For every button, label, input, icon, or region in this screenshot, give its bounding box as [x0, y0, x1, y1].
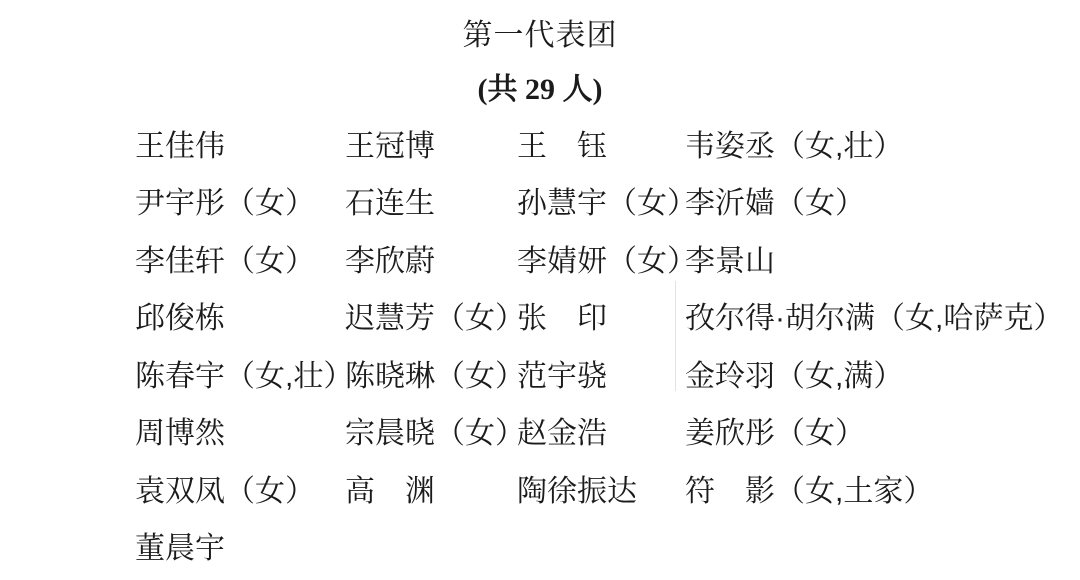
delegate-name: 韦姿丞（女,壮）	[685, 132, 1080, 162]
member-count: (共 29 人)	[0, 64, 1080, 108]
delegate-name: 董晨宇	[135, 534, 345, 564]
table-row: 王佳伟王冠博王 钰韦姿丞（女,壮）	[135, 118, 1080, 176]
delegate-name: 周博然	[135, 419, 345, 449]
delegate-name: 孙慧宇（女）	[517, 189, 685, 219]
delegate-name: 孜尔得·胡尔满（女,哈萨克）	[685, 304, 1080, 334]
delegate-name: 李景山	[685, 247, 1080, 277]
delegate-name: 李沂嫱（女）	[685, 189, 1080, 219]
delegate-name: 李婧妍（女）	[517, 247, 685, 277]
table-row: 邱俊栋迟慧芳（女）张 印孜尔得·胡尔满（女,哈萨克）	[135, 291, 1080, 349]
delegate-name: 李佳轩（女）	[135, 247, 345, 277]
table-cell-border-line	[675, 281, 676, 391]
delegate-name-table: 王佳伟王冠博王 钰韦姿丞（女,壮）尹宇彤（女）石连生孙慧宇（女）李沂嫱（女）李佳…	[135, 118, 1080, 578]
delegate-name: 符 影（女,土家）	[685, 477, 1080, 507]
table-row: 董晨宇	[135, 521, 1080, 579]
table-row: 陈春宇（女,壮）陈晓琳（女）范宇骁金玲羽（女,满）	[135, 348, 1080, 406]
table-row: 袁双凤（女）高 渊陶徐振达符 影（女,土家）	[135, 463, 1080, 521]
delegate-name: 金玲羽（女,满）	[685, 362, 1080, 392]
delegate-name: 高 渊	[345, 477, 517, 507]
delegate-name: 李欣蔚	[345, 247, 517, 277]
delegate-name: 赵金浩	[517, 419, 685, 449]
delegate-name: 宗晨晓（女）	[345, 419, 517, 449]
delegate-name: 陈春宇（女,壮）	[135, 362, 345, 392]
delegate-name: 王 钰	[517, 132, 685, 162]
delegate-name: 姜欣彤（女）	[685, 419, 1080, 449]
table-row: 尹宇彤（女）石连生孙慧宇（女）李沂嫱（女）	[135, 176, 1080, 234]
delegate-name: 陶徐振达	[517, 477, 685, 507]
page-title: 第一代表团	[0, 10, 1080, 54]
delegate-name: 王冠博	[345, 132, 517, 162]
delegate-name: 陈晓琳（女）	[345, 362, 517, 392]
delegate-name: 袁双凤（女）	[135, 477, 345, 507]
document-page: 第一代表团 (共 29 人) 王佳伟王冠博王 钰韦姿丞（女,壮）尹宇彤（女）石连…	[0, 0, 1080, 580]
delegate-name: 迟慧芳（女）	[345, 304, 517, 334]
delegate-name: 尹宇彤（女）	[135, 189, 345, 219]
delegate-name: 石连生	[345, 189, 517, 219]
delegate-name: 邱俊栋	[135, 304, 345, 334]
delegate-name: 张 印	[517, 304, 685, 334]
delegate-name: 范宇骁	[517, 362, 685, 392]
table-row: 李佳轩（女）李欣蔚李婧妍（女）李景山	[135, 233, 1080, 291]
table-row: 周博然宗晨晓（女）赵金浩姜欣彤（女）	[135, 406, 1080, 464]
delegate-name: 王佳伟	[135, 132, 345, 162]
